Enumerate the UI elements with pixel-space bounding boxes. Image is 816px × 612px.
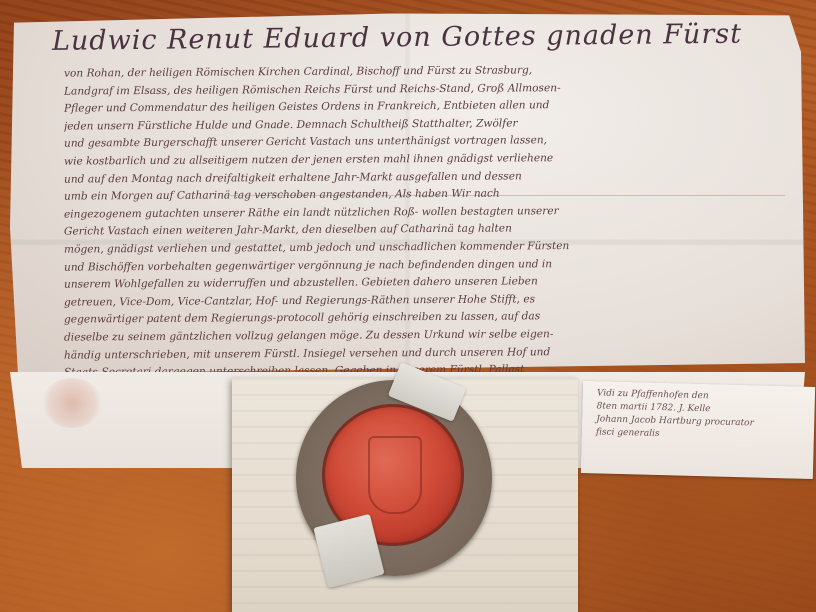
endorsement-slip: Vidi zu Pfaffenhofen den 8ten martii 178…	[581, 381, 815, 479]
faded-seal-imprint	[42, 378, 102, 428]
endorsement-text: Vidi zu Pfaffenhofen den 8ten martii 178…	[596, 387, 807, 444]
coat-of-arms-crest-icon	[368, 436, 422, 514]
charter-body: von Rohan, der heiligen Römischen Kirche…	[64, 63, 804, 415]
